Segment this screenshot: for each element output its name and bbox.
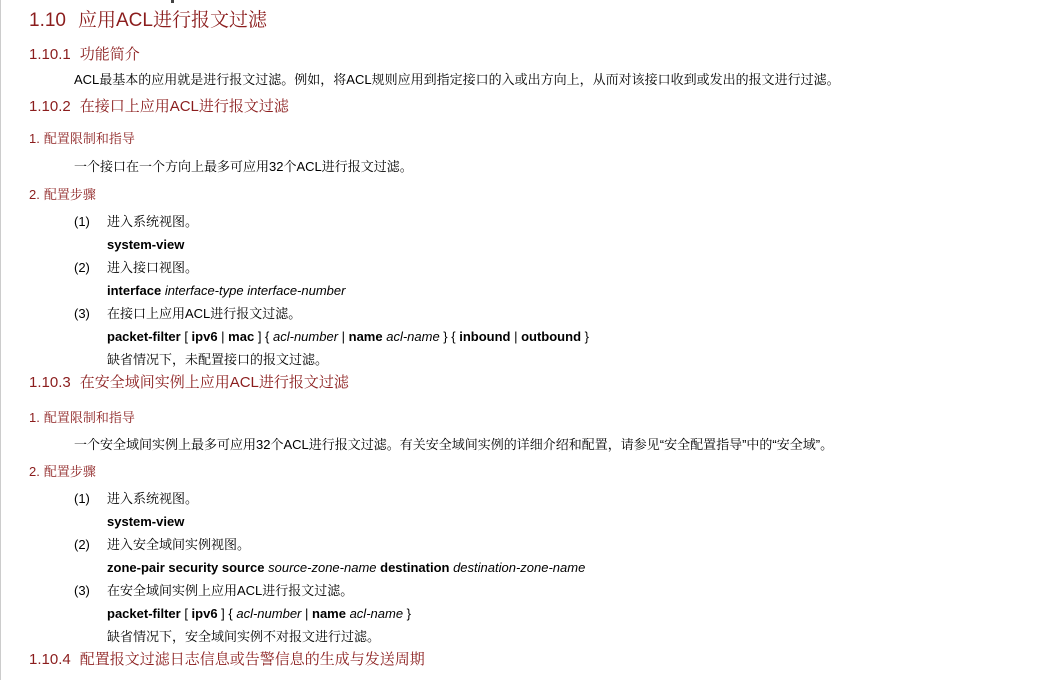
command-segment: [	[181, 606, 192, 621]
command-line: zone-pair security source source-zone-na…	[107, 556, 1051, 579]
step-number: (1)	[74, 487, 107, 510]
paragraph-restriction: 一个安全域间实例上最多可应用32个ACL进行报文过滤。有关安全域间实例的详细介绍…	[74, 435, 1051, 454]
heading-number: 1.	[29, 410, 40, 425]
step-item: (3)在接口上应用ACL进行报文过滤。	[74, 302, 1051, 325]
heading-text: 功能简介	[80, 46, 140, 63]
default-note: 缺省情况下，未配置接口的报文过滤。	[107, 348, 1051, 371]
command-segment: acl-number	[236, 606, 301, 621]
step-number: (2)	[74, 256, 107, 279]
command-segment: }	[581, 329, 589, 344]
command-segment: } {	[440, 329, 460, 344]
step-number: (3)	[74, 579, 107, 602]
command-segment: source-zone-name	[265, 560, 381, 575]
step-number: (1)	[74, 210, 107, 233]
heading-text: 配置步骤	[44, 187, 96, 202]
command-segment: acl-number	[273, 329, 338, 344]
heading-number: 1.10	[29, 10, 66, 31]
command-segment: ] {	[254, 329, 273, 344]
heading-number: 2.	[29, 464, 40, 479]
subsection-heading-1-10-2: 1.10.2在接口上应用ACL进行报文过滤	[29, 97, 1051, 117]
heading-number: 1.	[29, 131, 40, 146]
doc-page: { "colors": { "heading": "#8b1d1d", "bod…	[0, 0, 1051, 680]
command-segment: |	[218, 329, 229, 344]
step-item: (2)进入接口视图。	[74, 256, 1051, 279]
command-segment: interface	[107, 283, 161, 298]
command-line: system-view	[107, 510, 1051, 533]
step-number: (2)	[74, 533, 107, 556]
subheading-restrictions: 1.配置限制和指导	[29, 409, 1051, 427]
heading-number: 1.10.4	[29, 651, 71, 668]
command-segment: packet-filter	[107, 606, 181, 621]
command-segment: ] {	[218, 606, 237, 621]
step-text: 进入安全域间实例视图。	[107, 537, 250, 552]
command-line: system-view	[107, 233, 1051, 256]
command-segment: |	[510, 329, 521, 344]
command-segment: destination-zone-name	[449, 560, 585, 575]
steps-list-zone-pair: (1)进入系统视图。 system-view (2)进入安全域间实例视图。 zo…	[1, 487, 1051, 648]
step-item: (2)进入安全域间实例视图。	[74, 533, 1051, 556]
step-text: 进入接口视图。	[107, 260, 198, 275]
command-segment: |	[338, 329, 349, 344]
subsection-heading-1-10-4: 1.10.4配置报文过滤日志信息或告警信息的生成与发送周期	[29, 650, 1051, 670]
heading-text: 在接口上应用ACL进行报文过滤	[80, 98, 289, 115]
command-line: packet-filter [ ipv6 | mac ] { acl-numbe…	[107, 325, 1051, 348]
paragraph-restriction: 一个接口在一个方向上最多可应用32个ACL进行报文过滤。	[74, 157, 1051, 176]
command-segment: outbound	[521, 329, 581, 344]
subheading-steps: 2.配置步骤	[29, 463, 1051, 481]
steps-list-interface: (1)进入系统视图。 system-view (2)进入接口视图。 interf…	[1, 210, 1051, 371]
command-segment: ipv6	[192, 606, 218, 621]
command-segment: packet-filter	[107, 329, 181, 344]
command-line: interface interface-type interface-numbe…	[107, 279, 1051, 302]
heading-number: 1.10.2	[29, 98, 71, 115]
step-text: 在接口上应用ACL进行报文过滤。	[107, 306, 301, 321]
heading-text: 配置步骤	[44, 464, 96, 479]
step-text: 在安全域间实例上应用ACL进行报文过滤。	[107, 583, 353, 598]
clipped-text-artifact	[171, 0, 174, 3]
step-text: 进入系统视图。	[107, 491, 198, 506]
step-number: (3)	[74, 302, 107, 325]
command-segment: destination	[380, 560, 449, 575]
heading-number: 1.10.3	[29, 374, 71, 391]
paragraph-feature-intro: ACL最基本的应用就是进行报文过滤。例如，将ACL规则应用到指定接口的入或出方向…	[74, 70, 1051, 89]
heading-number: 1.10.1	[29, 46, 71, 63]
command-segment: acl-name	[346, 606, 403, 621]
step-text: 进入系统视图。	[107, 214, 198, 229]
command-segment: system-view	[107, 237, 184, 252]
subsection-heading-1-10-3: 1.10.3在安全域间实例上应用ACL进行报文过滤	[29, 373, 1051, 393]
command-segment: ipv6	[192, 329, 218, 344]
step-item: (1)进入系统视图。	[74, 487, 1051, 510]
heading-text: 在安全域间实例上应用ACL进行报文过滤	[80, 374, 349, 391]
command-segment: inbound	[459, 329, 510, 344]
command-line: packet-filter [ ipv6 ] { acl-number | na…	[107, 602, 1051, 625]
step-item: (1)进入系统视图。	[74, 210, 1051, 233]
heading-text: 配置报文过滤日志信息或告警信息的生成与发送周期	[80, 651, 425, 668]
command-segment: name	[312, 606, 346, 621]
subheading-steps: 2.配置步骤	[29, 186, 1051, 204]
command-segment: interface-type interface-number	[161, 283, 345, 298]
command-segment: mac	[228, 329, 254, 344]
heading-text: 配置限制和指导	[44, 131, 135, 146]
command-segment: acl-name	[383, 329, 440, 344]
subheading-restrictions: 1.配置限制和指导	[29, 130, 1051, 148]
heading-text: 应用ACL进行报文过滤	[78, 10, 267, 31]
command-segment: name	[349, 329, 383, 344]
heading-text: 配置限制和指导	[44, 410, 135, 425]
command-segment: zone-pair security source	[107, 560, 265, 575]
section-heading-1-10: 1.10应用ACL进行报文过滤	[29, 8, 1051, 34]
command-segment: }	[403, 606, 411, 621]
command-segment: [	[181, 329, 192, 344]
step-item: (3)在安全域间实例上应用ACL进行报文过滤。	[74, 579, 1051, 602]
command-segment: system-view	[107, 514, 184, 529]
command-segment: |	[301, 606, 312, 621]
heading-number: 2.	[29, 187, 40, 202]
default-note: 缺省情况下，安全域间实例不对报文进行过滤。	[107, 625, 1051, 648]
subsection-heading-1-10-1: 1.10.1功能简介	[29, 45, 1051, 65]
